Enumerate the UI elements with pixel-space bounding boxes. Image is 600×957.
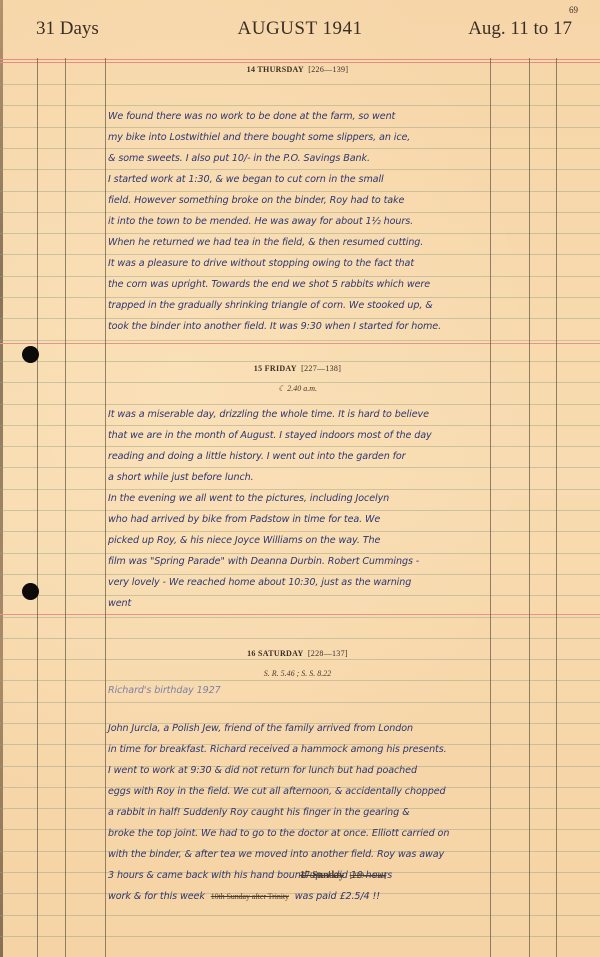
- entry-line: We found there was no work to be done at…: [108, 106, 492, 127]
- day-header-saturday: 16 SATURDAY [228—137]: [105, 649, 490, 658]
- entry-line: a rabbit in half! Suddenly Roy caught hi…: [108, 802, 492, 823]
- diary-entry-friday: It was a miserable day, drizzling the wh…: [108, 404, 492, 614]
- ruled-line: [0, 361, 600, 362]
- ruled-line: [0, 617, 600, 618]
- entry-line: trapped in the gradually shrinking trian…: [108, 295, 492, 316]
- ruled-line: [0, 638, 600, 639]
- entry-line: I went to work at 9:30 & did not return …: [108, 760, 492, 781]
- day-separator: [0, 343, 600, 344]
- week-range-days: 11 to 17: [510, 18, 572, 39]
- entry-line: It was a pleasure to drive without stopp…: [108, 253, 492, 274]
- entry-line: went: [108, 593, 492, 614]
- entry-line: & some sweets. I also put 10/- in the P.…: [108, 148, 492, 169]
- column-rule: [529, 58, 530, 957]
- entry-line: picked up Roy, & his niece Joyce William…: [108, 530, 492, 551]
- ruled-line: [0, 702, 600, 703]
- punch-hole: [22, 346, 39, 363]
- entry-line: When he returned we had tea in the field…: [108, 232, 492, 253]
- entry-line: field. However something broke on the bi…: [108, 190, 492, 211]
- week-range-prefix: Aug.: [468, 18, 505, 39]
- column-rule: [37, 58, 38, 957]
- sunrise-sunset: S. R. 5.46 ; S. S. 8.22: [105, 669, 490, 678]
- entry-line: eggs with Roy in the field. We cut all a…: [108, 781, 492, 802]
- moon-phase: ☾ 2.40 a.m.: [105, 384, 490, 393]
- entry-line: film was "Spring Parade" with Deanna Dur…: [108, 551, 492, 572]
- printed-sunday-subtitle: 10th Sunday after Trinity: [211, 892, 289, 901]
- top-margin-rule: [0, 59, 600, 63]
- column-rule: [105, 58, 106, 957]
- week-range: Aug. 11 to 17: [468, 18, 572, 40]
- entry-line: John Jurcla, a Polish Jew, friend of the…: [108, 718, 492, 739]
- entry-line: who had arrived by bike from Padstow in …: [108, 509, 492, 530]
- entry-line: with the binder, & after tea we moved in…: [108, 844, 492, 865]
- entry-line: I started work at 1:30, & we began to cu…: [108, 169, 492, 190]
- diary-page: 69 31 Days AUGUST 1941 Aug. 11 to 17 14 …: [0, 0, 600, 957]
- ruled-line: [0, 936, 600, 937]
- ruled-line: [0, 382, 600, 383]
- entry-line: a short while just before lunch.: [108, 467, 492, 488]
- ruled-line: [0, 84, 600, 85]
- entry-line: in time for breakfast. Richard received …: [108, 739, 492, 760]
- ruled-line: [0, 340, 600, 341]
- entry-line: very lovely - We reached home about 10:3…: [108, 572, 492, 593]
- entry-line: broke the top joint. We had to go to the…: [108, 823, 492, 844]
- day-header-thursday: 14 THURSDAY [226—139]: [105, 65, 490, 74]
- entry-line: reading and doing a little history. I we…: [108, 446, 492, 467]
- entry-line: It was a miserable day, drizzling the wh…: [108, 404, 492, 425]
- page-edge: [0, 0, 3, 957]
- entry-line: my bike into Lostwithiel and there bough…: [108, 127, 492, 148]
- column-rule: [65, 58, 66, 957]
- birthday-note: Richard's birthday 1927: [108, 680, 492, 701]
- day-header-friday: 15 FRIDAY [227—138]: [105, 364, 490, 373]
- page-number: 69: [569, 5, 578, 15]
- printed-sunday-header: 17 Sunday [229—136]: [300, 865, 386, 886]
- entry-line: that we are in the month of August. I st…: [108, 425, 492, 446]
- diary-entry-saturday-last-line: work & for this week 10th Sunday after T…: [108, 886, 492, 907]
- diary-entry-thursday: We found there was no work to be done at…: [108, 106, 492, 337]
- diary-entry-saturday: John Jurcla, a Polish Jew, friend of the…: [108, 718, 492, 886]
- column-rule: [556, 58, 557, 957]
- punch-hole: [22, 583, 39, 600]
- entry-line: In the evening we all went to the pictur…: [108, 488, 492, 509]
- entry-line: it into the town to be mended. He was aw…: [108, 211, 492, 232]
- entry-line: took the binder into another field. It w…: [108, 316, 492, 337]
- day-separator: [0, 614, 600, 615]
- ruled-line: [0, 915, 600, 916]
- ruled-line: [0, 659, 600, 660]
- entry-line: the corn was upright. Towards the end we…: [108, 274, 492, 295]
